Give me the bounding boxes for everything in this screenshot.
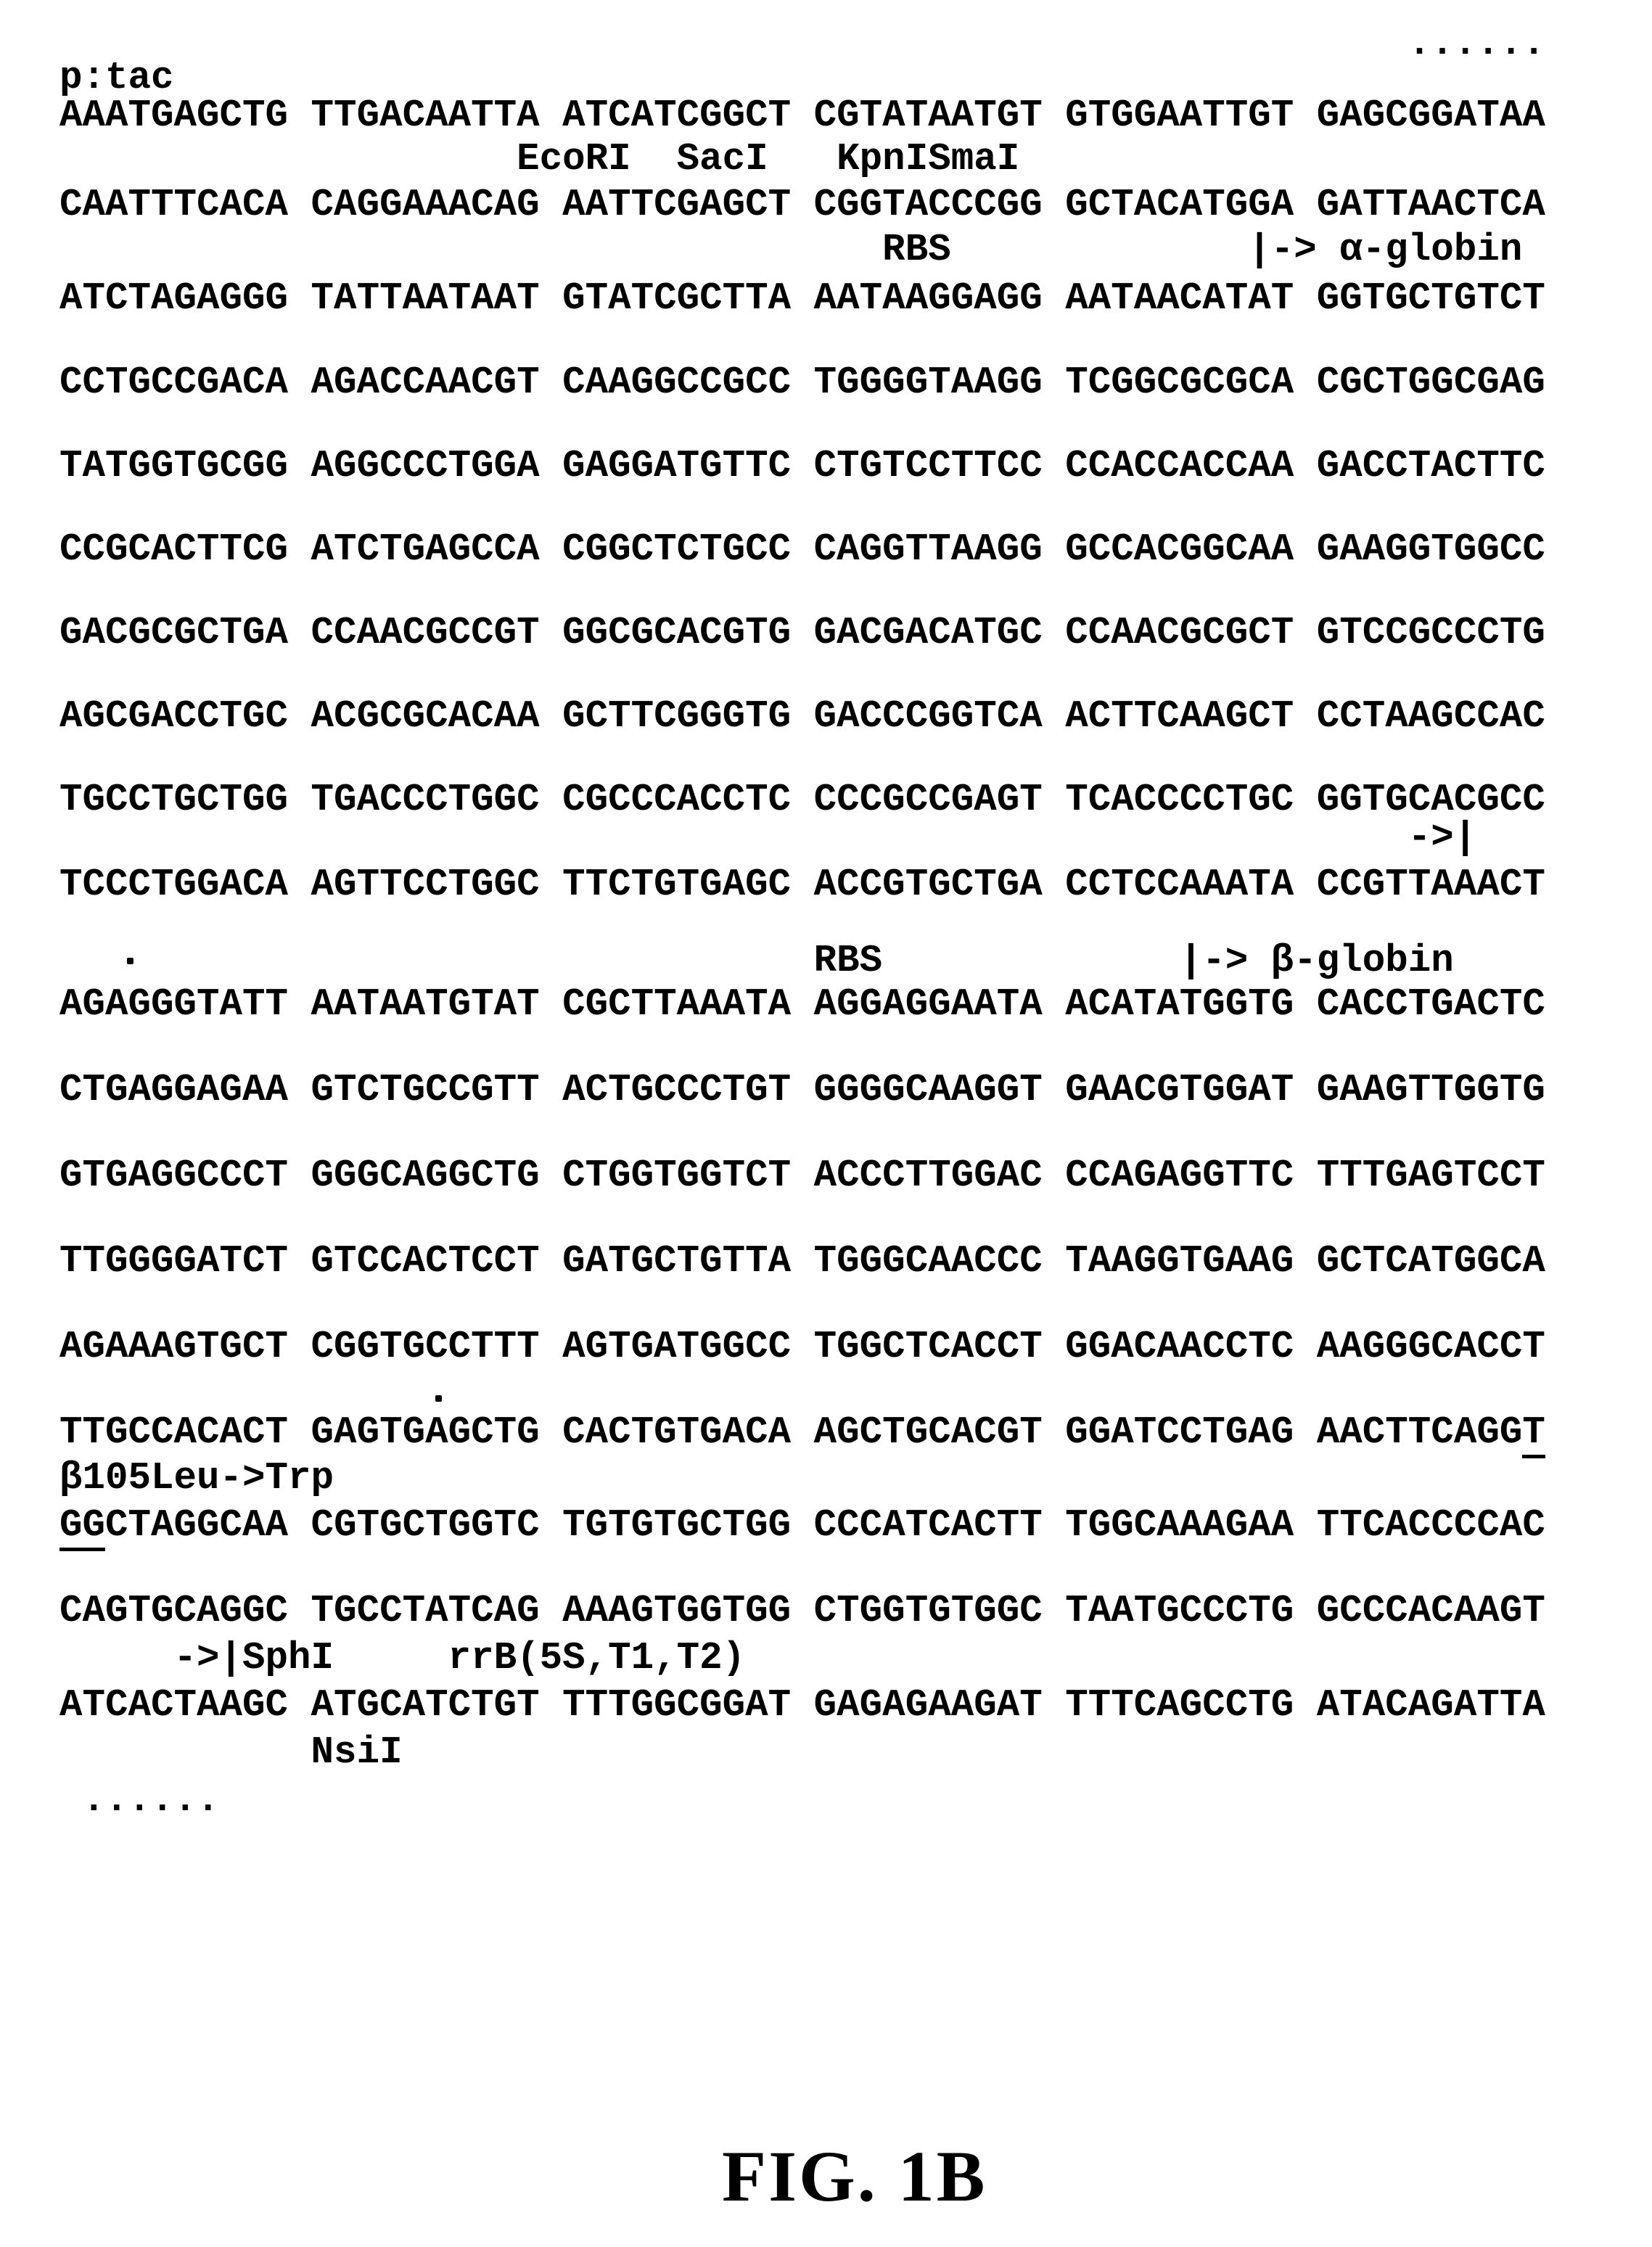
ann-sphi-rrnb: ->|SphI rrB(5S,T1,T2) [59,1639,745,1677]
row-17-underlined-bases: GG [59,1503,105,1551]
ann-rbs-alpha-globin: RBS |-> α-globin [59,231,1522,269]
ann-alpha-globin-end: ->| [59,818,1476,857]
row-7: GACGCGCTGA CCAACGCCGT GGCGCACGTG GACGACA… [59,614,1545,652]
row-5: TATGGTGCGG AGGCCCTGGA GAGGATGTTC CTGTCCT… [59,447,1545,485]
row-17: GGCTAGGCAA CGTGCTGGTC TGTGTGCTGG CCCATCA… [59,1506,1545,1545]
ann-nsii: NsiI [59,1733,403,1772]
row-4: CCTGCCGACA AGACCAACGT CAAGGCCGCC TGGGGTA… [59,363,1545,402]
figure-caption: FIG. 1B [722,2140,987,2213]
row-15: AGAAAGTGCT CGGTGCCTTT AGTGATGGCC TGGCTCA… [59,1328,1545,1366]
bottom-dots: ...... [59,1781,220,1820]
ann-rbs-beta-globin: RBS |-> β-globin [59,942,1454,980]
row-11: AGAGGGTATT AATAATGTAT CGCTTAAATA AGGAGGA… [59,985,1545,1024]
stray-dot [127,958,133,964]
row-6: CCGCACTTCG ATCTGAGCCA CGGCTCTGCC CAGGTTA… [59,530,1545,569]
patent-sequence-figure-page: ......p:tacAAATGAGCTG TTGACAATTA ATCATCG… [0,0,1652,2247]
row-18: CAGTGCAGGC TGCCTATCAG AAAGTGGTGG CTGGTGT… [59,1592,1545,1630]
top-dots: ...... [59,25,1545,63]
row-1: AAATGAGCTG TTGACAATTA ATCATCGGCT CGTATAA… [59,96,1545,135]
row-8: AGCGACCTGC ACGCGCACAA GCTTCGGGTG GACCCGG… [59,697,1545,736]
row-14: TTGGGGATCT GTCCACTCCT GATGCTGTTA TGGGCAA… [59,1242,1545,1281]
row-2: CAATTTCACA CAGGAAACAG AATTCGAGCT CGGTACC… [59,186,1545,224]
ann-restriction-sites-1: EcoRI SacI KpnISmaI [59,140,1019,178]
row-13: GTGAGGCCCT GGGCAGGCTG CTGGTGGTCT ACCCTTG… [59,1157,1545,1195]
p-tac-label: p:tac [59,59,174,97]
row-19: ATCACTAAGC ATGCATCTGT TTTGGCGGAT GAGAGAA… [59,1686,1545,1725]
row-16-underlined-bases: T [1522,1410,1545,1458]
row-10: TCCCTGGACA AGTTCCTGGC TTCTGTGAGC ACCGTGC… [59,866,1545,904]
row-3: ATCTAGAGGG TATTAATAAT GTATCGCTTA AATAAGG… [59,279,1545,318]
ann-beta105-mutation: β105Leu->Trp [59,1459,334,1498]
row-12: CTGAGGAGAA GTCTGCCGTT ACTGCCCTGT GGGGCAA… [59,1071,1545,1109]
row-9: TGCCTGCTGG TGACCCTGGC CGCCCACCTC CCCGCCG… [59,781,1545,819]
row-16: TTGCCACACT GAGTGAGCTG CACTGTGACA AGCTGCA… [59,1413,1545,1452]
stray-dot [435,1395,442,1402]
